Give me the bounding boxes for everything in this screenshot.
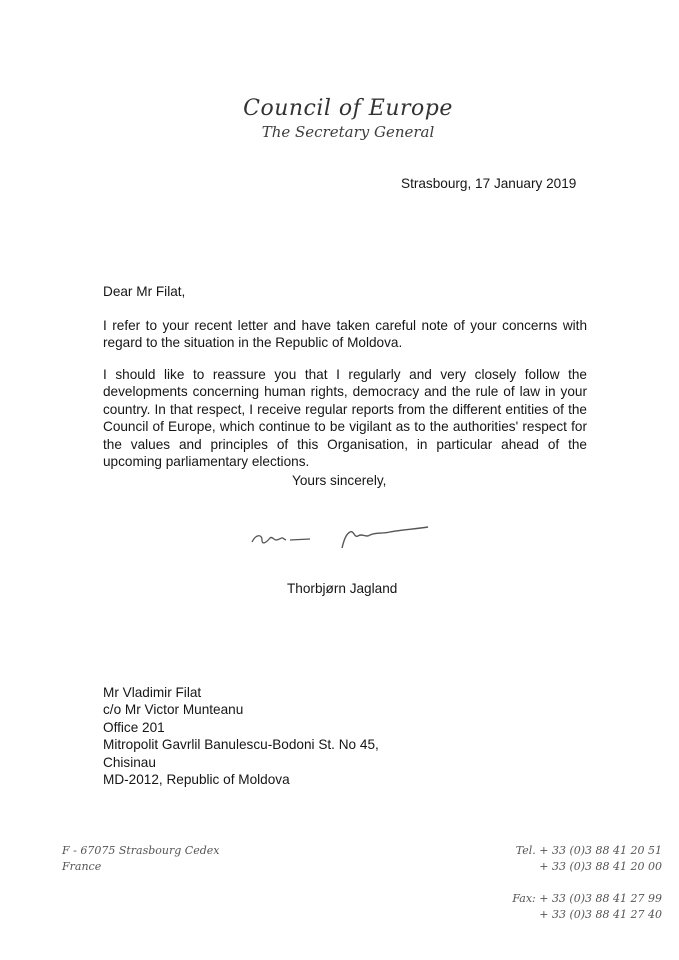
footer-contact: Tel. + 33 (0)3 88 41 20 51 + 33 (0)3 88 … — [490, 843, 662, 923]
address-line: Mr Vladimir Filat — [103, 684, 379, 701]
letterhead: Council of Europe The Secretary General — [228, 96, 468, 141]
postal-line: F - 67075 Strasbourg Cedex — [62, 843, 219, 859]
tel-line: + 33 (0)3 88 41 20 00 — [490, 859, 662, 875]
footer-postal-address: F - 67075 Strasbourg Cedex France — [62, 843, 219, 875]
office-title: The Secretary General — [228, 123, 468, 141]
postal-line: France — [62, 859, 219, 875]
body-paragraph: I should like to reassure you that I reg… — [103, 366, 587, 470]
recipient-address: Mr Vladimir Filat c/o Mr Victor Munteanu… — [103, 684, 379, 788]
signer-name: Thorbjørn Jagland — [287, 581, 397, 596]
date-line: Strasbourg, 17 January 2019 — [401, 176, 576, 191]
address-line: Office 201 — [103, 719, 379, 736]
address-line: Mitropolit Gavrlil Banulescu-Bodoni St. … — [103, 736, 379, 753]
fax-line: + 33 (0)3 88 41 27 40 — [490, 907, 662, 923]
body-paragraph: I refer to your recent letter and have t… — [103, 317, 587, 352]
salutation: Dear Mr Filat, — [103, 284, 185, 299]
tel-line: Tel. + 33 (0)3 88 41 20 51 — [490, 843, 662, 859]
organisation-name: Council of Europe — [228, 96, 468, 121]
address-line: c/o Mr Victor Munteanu — [103, 701, 379, 718]
fax-line: Fax: + 33 (0)3 88 41 27 99 — [490, 891, 662, 907]
address-line: Chisinau — [103, 754, 379, 771]
address-line: MD-2012, Republic of Moldova — [103, 771, 379, 788]
signature-icon — [250, 520, 440, 557]
closing: Yours sincerely, — [292, 473, 386, 488]
